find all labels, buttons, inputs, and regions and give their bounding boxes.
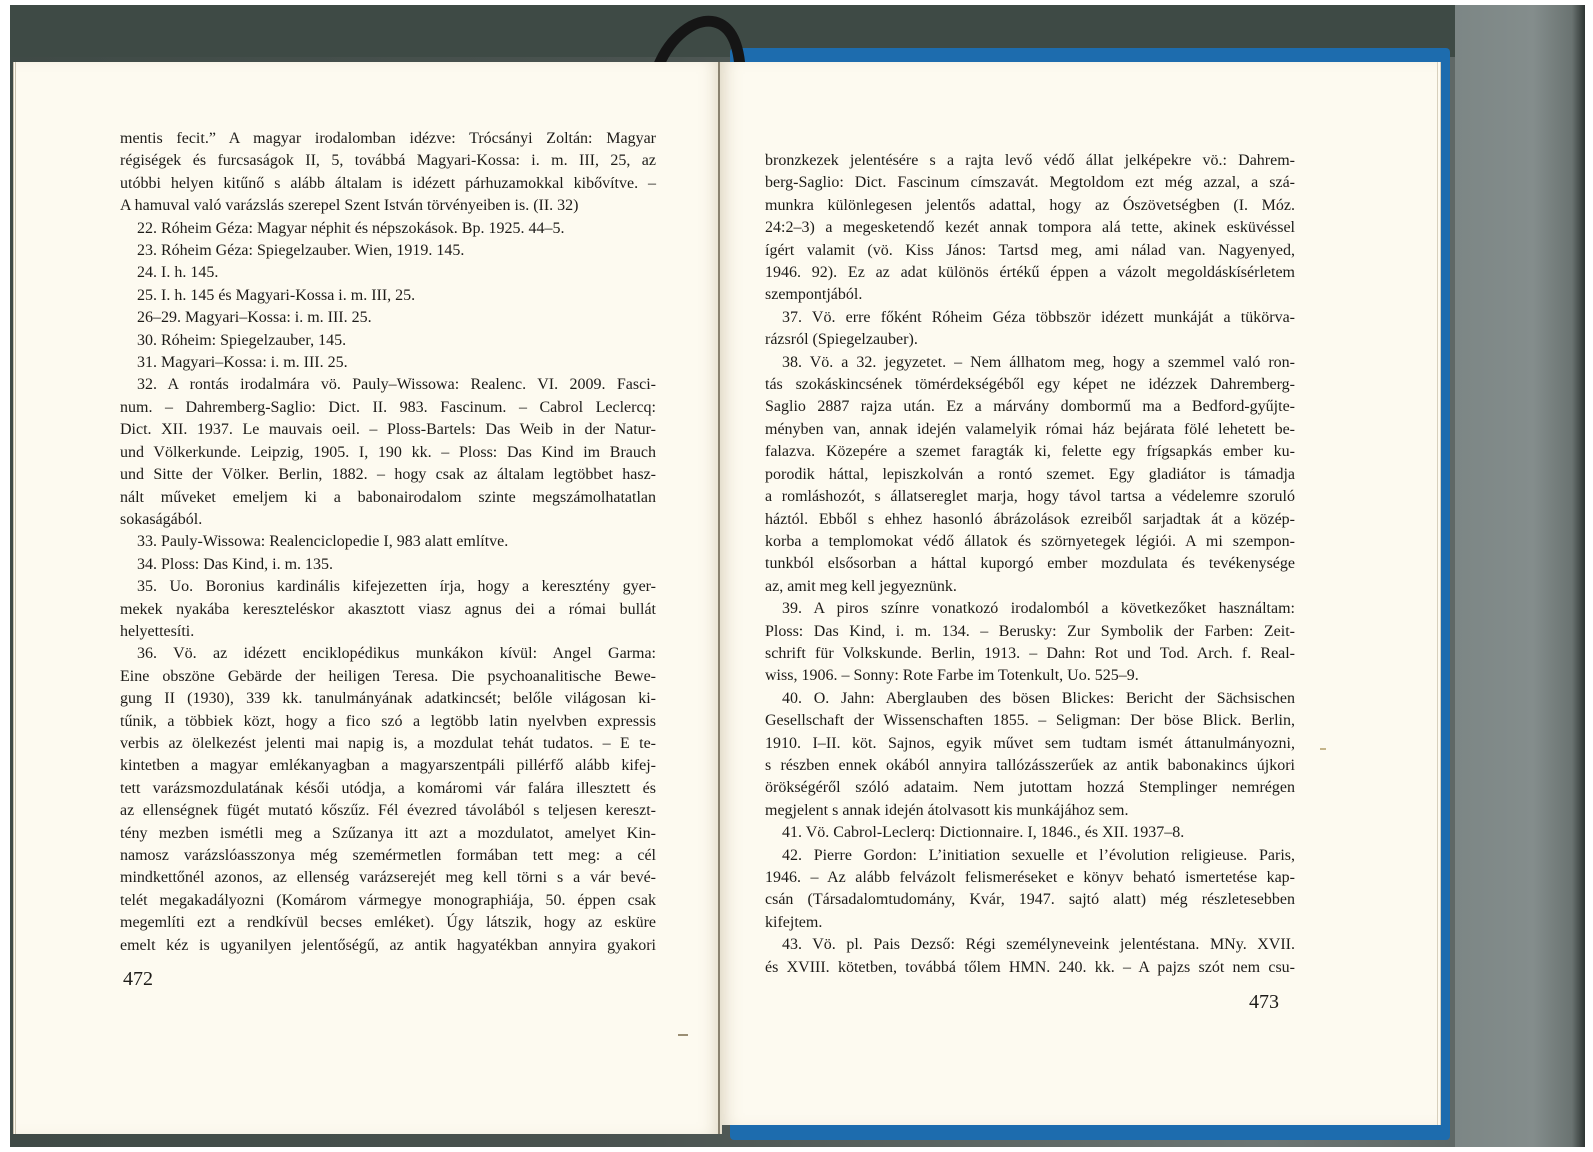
text-line: nált műveket emeljem ki a babonairodalom…	[120, 487, 656, 509]
text-line: háztól. Ebből s ehhez hasonló ábrázoláso…	[765, 509, 1295, 531]
text-line: ményben van, annak idején valamelyik róm…	[765, 419, 1295, 441]
text-line: rázsról (Spiegelzauber).	[765, 329, 1295, 351]
text-line: tett varázsmozdulatának késői utódja, a …	[120, 778, 656, 800]
text-line: mindkettőnél azonos, az ellenség varázse…	[120, 867, 656, 889]
text-line: csán (Társadalomtudomány, Kvár, 1947. sa…	[765, 889, 1295, 911]
text-line: A hamuval való varázslás szerepel Szent …	[120, 195, 656, 217]
text-line: 42. Pierre Gordon: L’initiation sexuelle…	[765, 845, 1295, 867]
text-line: 22. Róheim Géza: Magyar néphit és népszo…	[120, 218, 656, 240]
text-line: bronzkezek jelentésére s a rajta levő vé…	[765, 150, 1295, 172]
text-line: megemlíti ezt a rendkívül becses emléket…	[120, 912, 656, 934]
text-line: 23. Róheim Géza: Spiegelzauber. Wien, 19…	[120, 240, 656, 262]
text-line: 39. A piros színre vonatkozó irodalomból…	[765, 598, 1295, 620]
page-number-right: 473	[1249, 991, 1279, 1014]
text-line: wiss, 1906. – Sonny: Rote Farbe im Toten…	[765, 665, 1295, 687]
text-line: 37. Vö. erre főként Róheim Géza többször…	[765, 307, 1295, 329]
text-line: megjelent s annak idején átolvasott kis …	[765, 800, 1295, 822]
text-line: 26–29. Magyari–Kossa: i. m. III. 25.	[120, 307, 656, 329]
text-line: schrift für Volkskunde. Berlin, 1913. – …	[765, 643, 1295, 665]
text-line: gung II (1930), 339 kk. tanulmányának ad…	[120, 688, 656, 710]
text-line: 34. Ploss: Das Kind, i. m. 135.	[120, 554, 656, 576]
text-line: örökségéről szóló adataim. Nem jutottam …	[765, 777, 1295, 799]
text-line: mekek nyakába kereszteléskor akasztott v…	[120, 599, 656, 621]
text-line: 1946. – Az alább felvázolt felismeréseke…	[765, 867, 1295, 889]
text-line: emelt kéz is ugyanilyen jelentőségű, az …	[120, 935, 656, 957]
text-line: 43. Vö. pl. Pais Dezső: Régi személyneve…	[765, 934, 1295, 956]
text-line: s részben ennek okából annyira tallózáss…	[765, 755, 1295, 777]
text-line: verbis az ölelkezést jelenti mai napig i…	[120, 733, 656, 755]
text-line: und Sitte der Völker. Berlin, 1882. – ho…	[120, 464, 656, 486]
text-line: tény mezben ismétli meg a Szűzanya itt a…	[120, 823, 656, 845]
text-line: namosz varázslóasszonya még szemérmetlen…	[120, 845, 656, 867]
text-line: korba a templomokat védő állatok és ször…	[765, 531, 1295, 553]
bookmark-ribbon-icon	[650, 12, 750, 67]
text-line: 40. O. Jahn: Aberglauben des bösen Blick…	[765, 688, 1295, 710]
text-line: Gesellschaft der Wissenschaften 1855. – …	[765, 710, 1295, 732]
text-line: a romláshozót, s állatsereglet marja, ho…	[765, 486, 1295, 508]
text-line: 30. Róheim: Spiegelzauber, 145.	[120, 330, 656, 352]
text-line: munkra különlegesen jelentős adattal, ho…	[765, 195, 1295, 217]
right-page-text: bronzkezek jelentésére s a rajta levő vé…	[765, 150, 1295, 979]
text-line: 1946. 92). Ez az adat különös értékű épp…	[765, 262, 1295, 284]
text-line: tűnik, a többiek közt, hogy a fico szó a…	[120, 711, 656, 733]
book-gutter	[718, 62, 720, 1134]
text-line: und Völkerkunde. Leipzig, 1905. I, 190 k…	[120, 442, 656, 464]
text-line: kifejtem.	[765, 912, 1295, 934]
text-line: utóbbi helyen kitűnő s alább általam is …	[120, 173, 656, 195]
page-number-left: 472	[123, 968, 153, 991]
text-line: Saglio 2887 rajza után. Ez a márvány dom…	[765, 396, 1295, 418]
scanner-right-area	[1455, 5, 1585, 1147]
text-line: porodik háttal, lepiszkolván a rontó sze…	[765, 464, 1295, 486]
text-line: Ploss: Das Kind, i. m. 134. – Berusky: Z…	[765, 621, 1295, 643]
scan-speck	[678, 1034, 688, 1036]
text-line: berg-Saglio: Dict. Fascinum címszavát. M…	[765, 172, 1295, 194]
text-line: szempontjából.	[765, 284, 1295, 306]
text-line: falazva. Közepére a szemet faragták ki, …	[765, 441, 1295, 463]
text-line: num. – Dahremberg-Saglio: Dict. II. 983.…	[120, 397, 656, 419]
text-line: 24. I. h. 145.	[120, 262, 656, 284]
text-line: kintetben a magyar emlékanyagban a magya…	[120, 755, 656, 777]
text-line: Eine obszöne Gebärde der heiligen Teresa…	[120, 666, 656, 688]
scan-speck	[1320, 748, 1326, 750]
text-line: 41. Vö. Cabrol-Leclerq: Dictionnaire. I,…	[765, 822, 1295, 844]
text-line: 36. Vö. az idézett enciklopédikus munkák…	[120, 643, 656, 665]
left-page-text: mentis fecit.” A magyar irodalomban idéz…	[120, 128, 656, 957]
text-line: régiségek és furcsaságok II, 5, továbbá …	[120, 150, 656, 172]
text-line: 24:2–3) a megesketendő kezét annak tompo…	[765, 217, 1295, 239]
text-line: 33. Pauly-Wissowa: Realenciclopedie I, 9…	[120, 531, 656, 553]
text-line: 1910. I–II. köt. Sajnos, egyik művet sem…	[765, 733, 1295, 755]
text-line: mentis fecit.” A magyar irodalomban idéz…	[120, 128, 656, 150]
text-line: Dict. XII. 1937. Le mauvais oeil. – Plos…	[120, 419, 656, 441]
text-line: tunkból elsősorban a háttal kuporgó embe…	[765, 553, 1295, 575]
text-line: az, amit meg kell jegyeznünk.	[765, 576, 1295, 598]
text-line: helyettesíti.	[120, 621, 656, 643]
text-line: 35. Uo. Boronius kardinális kifejezetten…	[120, 576, 656, 598]
text-line: sokaságából.	[120, 509, 656, 531]
text-line: 31. Magyari–Kossa: i. m. III. 25.	[120, 352, 656, 374]
text-line: az ellenségnek fügét mutató kőszűz. Fél …	[120, 800, 656, 822]
text-line: telét megakadályozni (Komárom vármegye m…	[120, 890, 656, 912]
text-line: 38. Vö. a 32. jegyzetet. – Nem állhatom …	[765, 352, 1295, 374]
text-line: 32. A rontás irodalmára vö. Pauly–Wissow…	[120, 374, 656, 396]
text-line: és XVIII. kötetben, továbbá tőlem HMN. 2…	[765, 957, 1295, 979]
text-line: 25. I. h. 145 és Magyari-Kossa i. m. III…	[120, 285, 656, 307]
text-line: ígért valamit (vö. Kiss János: Tartsd me…	[765, 240, 1295, 262]
text-line: tás szokáskincsének tömérdekségéből egy …	[765, 374, 1295, 396]
